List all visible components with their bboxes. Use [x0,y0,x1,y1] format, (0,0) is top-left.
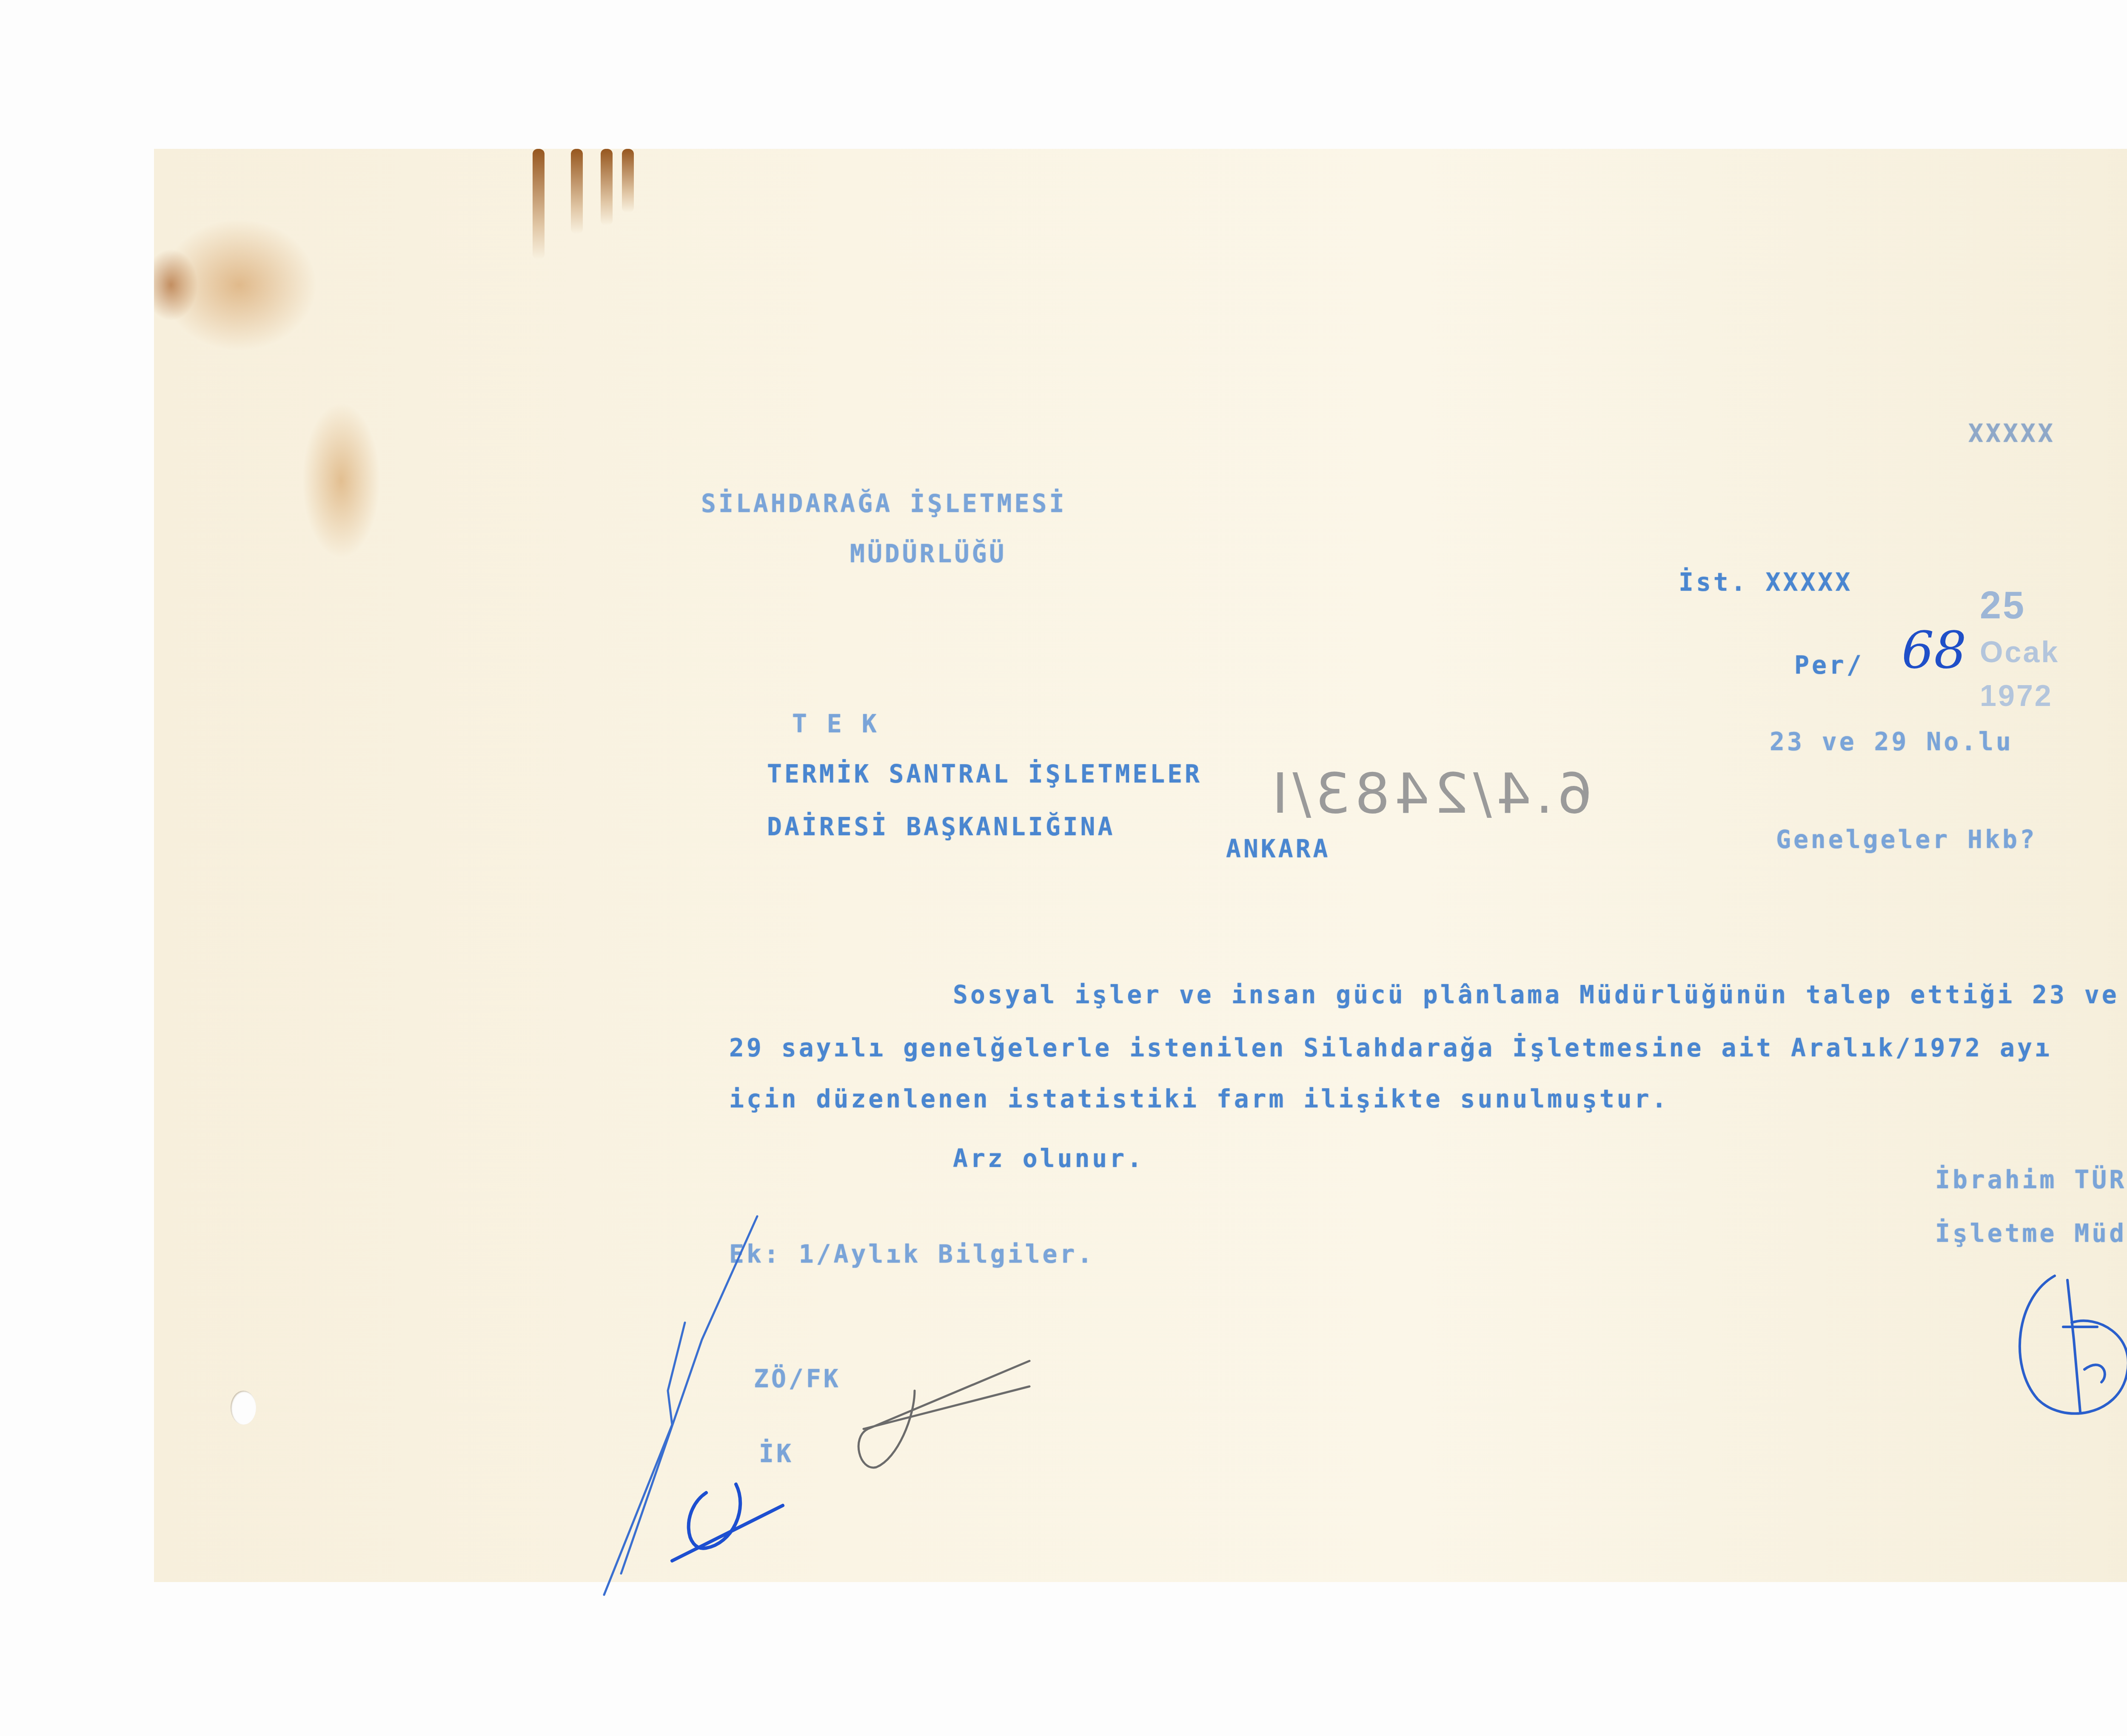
recipient-line1: T E K [792,709,879,738]
manager-signature [1999,1272,2127,1425]
signatory-name: İbrahim TÜRSAN [1935,1165,2127,1194]
sender-line1: SİLAHDARAĞA İŞLETMESİ [701,489,1066,518]
recipient-city: ANKARA [1226,834,1331,863]
sender-line2: MÜDÜRLÜĞÜ [850,539,1006,568]
classification-mark: XXXXX [1968,419,2056,448]
paper-sheet [154,149,2127,1582]
rust-stain [533,149,545,259]
date-stamp: 25 Ocak 1972 [1955,540,2059,715]
recipient-line3: DAİRESİ BAŞKANLIĞINA [767,812,1115,841]
body-line3: için düzenlenen istatistiki farm ilişikt… [729,1084,1669,1113]
body-closing: Arz olunur. [953,1144,1144,1173]
rust-stain [622,149,634,213]
pencil-note-mirrored: 6.4/2483/I [1268,761,1593,826]
signatory-title: İşletme Müdürü [1935,1219,2127,1248]
file-number-handwritten: 68 [1902,621,1967,680]
punch-hole [231,1391,256,1425]
subject-line1: 23 ve 29 No.lu [1770,727,2013,756]
subject-line2: Genelgeler Hkb? [1776,825,2037,854]
date-stamp-month: Ocak [1980,635,2059,669]
body-line1: Sosyal işler ve insan gücü plânlama Müdü… [953,980,2119,1009]
recipient-line2: TERMİK SANTRAL İŞLETMELER [767,760,1202,788]
initial-signature-pencil [808,1352,1063,1480]
rust-stain [601,149,613,225]
date-stamp-day: 25 [1980,584,2026,627]
file-prefix: Per/ [1794,651,1864,680]
date-stamp-year: 1972 [1980,679,2053,712]
reference-number: İst. XXXXX [1679,568,1853,597]
body-line2: 29 sayılı genelğelerle istenilen Silahda… [729,1033,2052,1062]
rust-stain [571,149,583,234]
